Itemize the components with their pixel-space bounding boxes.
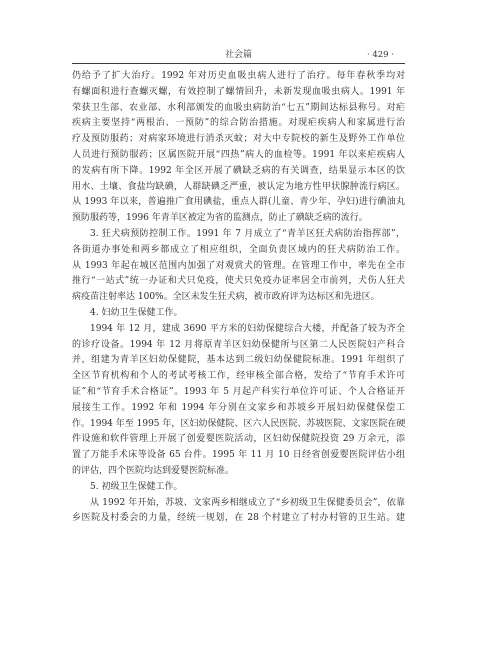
text-line: 预防服药等，1996 年青羊区被定为省的监测点，防止了碘缺乏病的流行。 xyxy=(72,211,405,227)
section-heading: 5. 初级卫生保健工作。 xyxy=(72,480,405,496)
text-line: 从 1993 年起在城区范围内加强了对观赏犬的管理。在管理工作中，率先在全市 xyxy=(72,259,405,275)
text-line: 有螺面积进行查螺灭螺，有效控制了螺情回升，未新发现血吸虫病人。1991 年 xyxy=(72,85,405,101)
text-line: 1994 年 12 月，建成 3690 平方米的妇幼保健综合大楼，并配备了较为齐… xyxy=(72,322,405,338)
paragraph-maternal-child-health: 1994 年 12 月，建成 3690 平方米的妇幼保健综合大楼，并配备了较为齐… xyxy=(72,322,405,480)
section-heading-primary-health-care: 5. 初级卫生保健工作。 xyxy=(72,480,405,496)
text-line: 证”和“节育手术合格证”。1993 年 5 月起产科实行单位许可证、个人合格证开 xyxy=(72,385,405,401)
running-header: 社会篇 · 429 · xyxy=(72,49,405,62)
text-line: 荣获卫生部、农业部、水利部颁发的血吸虫病防治“七五”期间达标县称号。对疟 xyxy=(72,101,405,117)
section-title: 社会篇 xyxy=(72,49,405,62)
text-line: 的诊疗设备。1994 年 12 月将原青羊区妇幼保健所与区第二人民医院妇产科合 xyxy=(72,338,405,354)
text-line: 仍给予了扩大治疗。1992 年对历史血吸虫病人进行了治疗。每年春秋季均对 xyxy=(72,69,405,85)
paragraph-primary-health-care: 从 1992 年开始，苏坡、文家两乡相继成立了“乡初级卫生保健委员会”，依靠 乡… xyxy=(72,496,405,528)
section-heading: 4. 妇幼卫生保健工作。 xyxy=(72,306,405,322)
text-line: 件设施和软件管理上开展了创爱婴医院活动，区妇幼保健院投资 29 万余元，添 xyxy=(72,432,405,448)
text-line: 的评估，四个医院均达到爱婴医院标准。 xyxy=(72,464,405,480)
page-body-text: 仍给予了扩大治疗。1992 年对历史血吸虫病人进行了治疗。每年春秋季均对 有螺面… xyxy=(72,69,405,527)
text-line: 病疫苗注射率达 100%。全区未发生狂犬病，被市政府评为达标区和先进区。 xyxy=(72,290,405,306)
text-line: 用水、土壤、食盐均缺碘，人群缺碘乏严重，被认定为地方性甲状腺肿流行病区。 xyxy=(72,180,405,196)
text-line: 并，组建为青羊区妇幼保健院，基本达到二级妇幼保健院标准。1991 年组织了 xyxy=(72,353,405,369)
text-line: 全区节育机构和个人的考试考核工作，经审核全部合格，发给了“节育手术许可 xyxy=(72,369,405,385)
text-line: 疗及预防服药；对病家环境进行消杀灭蚊；对大中专院校的新生及野外工作单位 xyxy=(72,132,405,148)
text-line: 各街道办事处和两乡都成立了相应组织，全面负责区域内的狂犬病防治工作。 xyxy=(72,243,405,259)
header-rule-divider xyxy=(72,63,405,64)
text-line: 疾病主要坚持“两根治、一预防”的综合防治措施。对现疟疾病人和家属进行治 xyxy=(72,116,405,132)
text-line: 展接生工作。1992 年和 1994 年分别在文家乡和苏坡乡开展妇幼保健保偿工 xyxy=(72,401,405,417)
section-heading-maternal-child-health: 4. 妇幼卫生保健工作。 xyxy=(72,306,405,322)
text-line: 推行“一站式”统一办证和犬只免疫，使犬只免疫办证率居全市前列，犬伤人狂犬 xyxy=(72,274,405,290)
text-line: 置了万能手术床等设备 65 台件。1995 年 11 月 10 日经省创爱婴医院… xyxy=(72,448,405,464)
paragraph-rabies-control: 3. 狂犬病预防控制工作。1991 年 7 月成立了“青羊区狂犬病防治指挥部”，… xyxy=(72,227,405,306)
text-line: 从 1993 年以来，普遍推广食用碘盐，重点人群(儿童、青少年、孕妇)进行碘油丸 xyxy=(72,195,405,211)
text-line: 作。1994 年至 1995 年，区妇幼保健院、区六人民医院、苏坡医院、文家医院… xyxy=(72,417,405,433)
page-number: · 429 · xyxy=(367,49,394,62)
text-line: 的发病有所下降。1992 年全区开展了碘缺乏病的有关调查，结果显示本区的饮 xyxy=(72,164,405,180)
paragraph-schistosomiasis-malaria-iodine: 仍给予了扩大治疗。1992 年对历史血吸虫病人进行了治疗。每年春秋季均对 有螺面… xyxy=(72,69,405,227)
text-line: 人员进行预防服药；区属医院开展“四热”病人的血检等。1991 年以来疟疾病人 xyxy=(72,148,405,164)
text-line: 乡医院及村委会的力量，经统一规划，在 28 个村建立了村办村管的卫生站。建 xyxy=(72,511,405,527)
text-line: 3. 狂犬病预防控制工作。1991 年 7 月成立了“青羊区狂犬病防治指挥部”， xyxy=(72,227,405,243)
text-line: 从 1992 年开始，苏坡、文家两乡相继成立了“乡初级卫生保健委员会”，依靠 xyxy=(72,496,405,512)
